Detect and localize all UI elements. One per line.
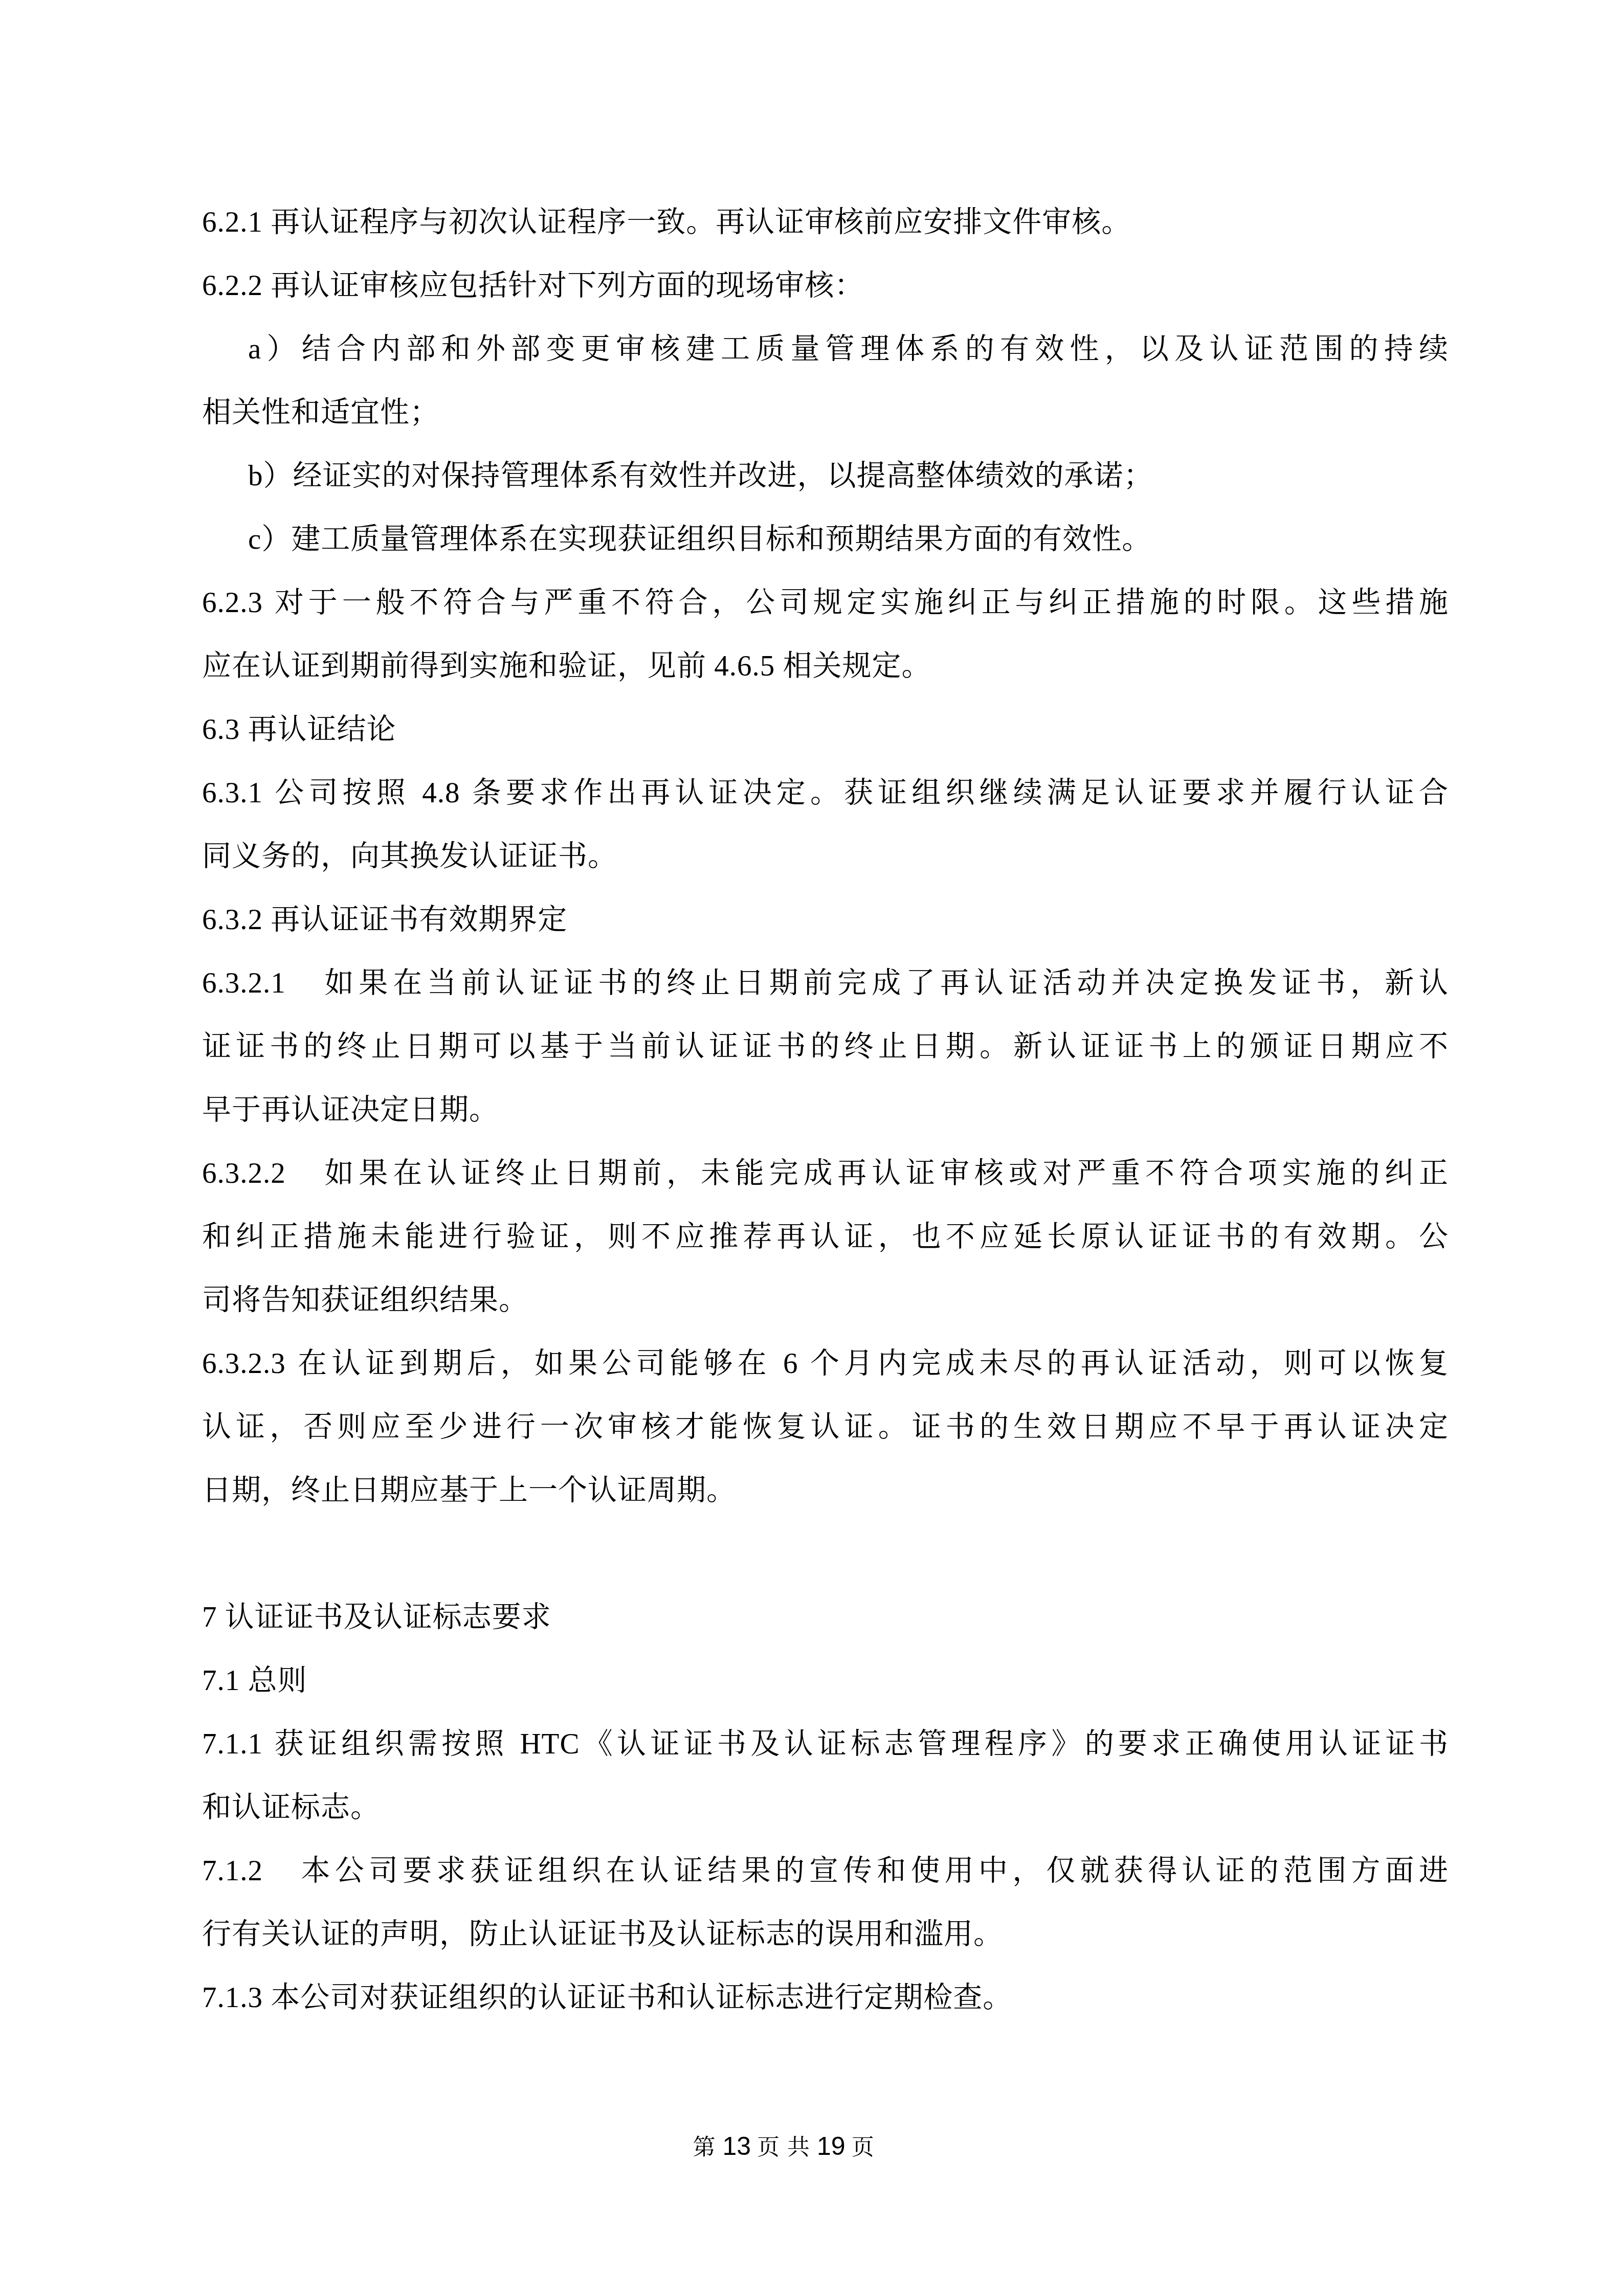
- text-line: 6.2.1 再认证程序与初次认证程序一致。再认证审核前应安排文件审核。: [202, 191, 1449, 254]
- section-heading: 7 认证证书及认证标志要求: [202, 1586, 1449, 1649]
- text-line: 7.1.2 本公司要求获证组织在认证结果的宣传和使用中，仅就获得认证的范围方面进: [202, 1839, 1449, 1903]
- text-line: 7.1.1 获证组织需按照 HTC《认证证书及认证标志管理程序》的要求正确使用认…: [202, 1713, 1449, 1776]
- text-line: 日期，终止日期应基于上一个认证周期。: [202, 1459, 1449, 1522]
- text-line: 认证，否则应至少进行一次审核才能恢复认证。证书的生效日期应不早于再认证决定: [202, 1395, 1449, 1459]
- blank-line: [202, 1522, 1449, 1586]
- text-line: 行有关认证的声明，防止认证证书及认证标志的误用和滥用。: [202, 1903, 1449, 1966]
- text-line: 7.1.3 本公司对获证组织的认证证书和认证标志进行定期检查。: [202, 1966, 1449, 2030]
- page-number-total: 19: [817, 2132, 846, 2160]
- text-line: 和认证标志。: [202, 1776, 1449, 1839]
- text-line: 6.3.1 公司按照 4.8 条要求作出再认证决定。获证组织继续满足认证要求并履…: [202, 761, 1449, 825]
- footer-page-prefix: 第: [693, 2135, 716, 2160]
- document-page: 6.2.1 再认证程序与初次认证程序一致。再认证审核前应安排文件审核。 6.2.…: [0, 0, 1624, 2296]
- text-line: 6.3.2.2 如果在认证终止日期前，未能完成再认证审核或对严重不符合项实施的纠…: [202, 1142, 1449, 1205]
- text-line: 司将告知获证组织结果。: [202, 1269, 1449, 1332]
- text-line: 同义务的，向其换发认证证书。: [202, 825, 1449, 888]
- text-line: 和纠正措施未能进行验证，则不应推荐再认证，也不应延长原认证证书的有效期。公: [202, 1205, 1449, 1269]
- document-body: 6.2.1 再认证程序与初次认证程序一致。再认证审核前应安排文件审核。 6.2.…: [202, 191, 1449, 2030]
- list-item-a: a）结合内部和外部变更审核建工质量管理体系的有效性，以及认证范围的持续: [202, 318, 1449, 381]
- section-heading: 7.1 总则: [202, 1649, 1449, 1713]
- text-line: 6.3.2.1 如果在当前认证证书的终止日期前完成了再认证活动并决定换发证书，新…: [202, 952, 1449, 1015]
- text-line: 证证书的终止日期可以基于当前认证证书的终止日期。新认证证书上的颁证日期应不: [202, 1015, 1449, 1078]
- text-line: 6.2.2 再认证审核应包括针对下列方面的现场审核：: [202, 254, 1449, 318]
- text-line: 6.3.2.3 在认证到期后，如果公司能够在 6 个月内完成未尽的再认证活动，则…: [202, 1332, 1449, 1395]
- footer-page-middle: 页 共: [757, 2135, 811, 2160]
- footer-page-suffix: 页: [852, 2135, 875, 2160]
- text-line: 早于再认证决定日期。: [202, 1078, 1449, 1142]
- list-item-c: c）建工质量管理体系在实现获证组织目标和预期结果方面的有效性。: [202, 508, 1449, 571]
- page-footer: 第13页 共19页: [0, 2131, 1568, 2163]
- text-line: 应在认证到期前得到实施和验证，见前 4.6.5 相关规定。: [202, 635, 1449, 698]
- section-heading: 6.3.2 再认证证书有效期界定: [202, 888, 1449, 952]
- text-line: 相关性和适宜性；: [202, 381, 1449, 444]
- page-number-current: 13: [722, 2132, 751, 2160]
- list-item-b: b）经证实的对保持管理体系有效性并改进，以提高整体绩效的承诺；: [202, 444, 1449, 508]
- text-line: 6.2.3 对于一般不符合与严重不符合，公司规定实施纠正与纠正措施的时限。这些措…: [202, 571, 1449, 635]
- section-heading: 6.3 再认证结论: [202, 698, 1449, 761]
